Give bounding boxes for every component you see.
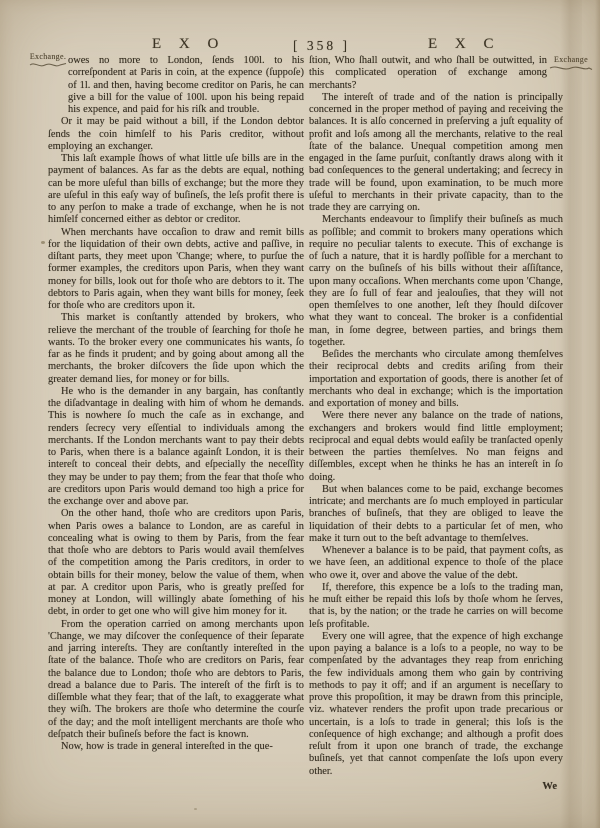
text-paragraph: Every one will agree, that the expence o… [309, 631, 563, 778]
page-edge-shadow [595, 0, 600, 828]
text-paragraph: He who is the demander in any bargain, h… [48, 386, 304, 509]
text-paragraph: If, therefore, this expence be a loſs to… [309, 582, 563, 631]
left-column: owes no more to London, ſends 100l. to h… [48, 55, 304, 753]
catchword: We [309, 781, 563, 793]
paper-speck [194, 808, 197, 810]
text-paragraph: Beſides the merchants who circulate amon… [309, 349, 563, 410]
text-paragraph: Now, how is trade in general intereſted … [48, 741, 304, 753]
text-paragraph: owes no more to London, ſends 100l. to h… [48, 55, 304, 116]
text-paragraph: This market is conſtantly attended by br… [48, 312, 304, 386]
text-paragraph: But when balances come to be paid, excha… [309, 484, 563, 545]
text-paragraph: When merchants have occaſion to draw and… [48, 227, 304, 313]
text-paragraph: Merchants endeavour to ſimplify their bu… [309, 214, 563, 349]
page-gutter-shadow [560, 0, 582, 828]
right-column: ſtion, Who ſhall outwit, and who ſhall b… [309, 55, 563, 793]
running-header: E X O [ 358 ] E X C [0, 36, 600, 54]
running-title-right: E X C [428, 36, 501, 53]
text-paragraph: The intereſt of trade and of the nation … [309, 92, 563, 215]
text-paragraph: Or it may be paid without a bill, if the… [48, 116, 304, 153]
text-paragraph: From the operation carried on among merc… [48, 619, 304, 742]
running-title-left: E X O [152, 36, 225, 53]
text-paragraph: On the other hand, thoſe who are credito… [48, 508, 304, 618]
text-paragraph: ſtion, Who ſhall outwit, and who ſhall b… [309, 55, 563, 92]
text-paragraph: Were there never any balance on the trad… [309, 410, 563, 484]
text-paragraph: This laſt example ſhows of what little u… [48, 153, 304, 227]
paper-speck [41, 241, 45, 244]
text-paragraph: Whenever a balance is to be paid, that p… [309, 545, 563, 582]
page-number: [ 358 ] [293, 38, 350, 54]
